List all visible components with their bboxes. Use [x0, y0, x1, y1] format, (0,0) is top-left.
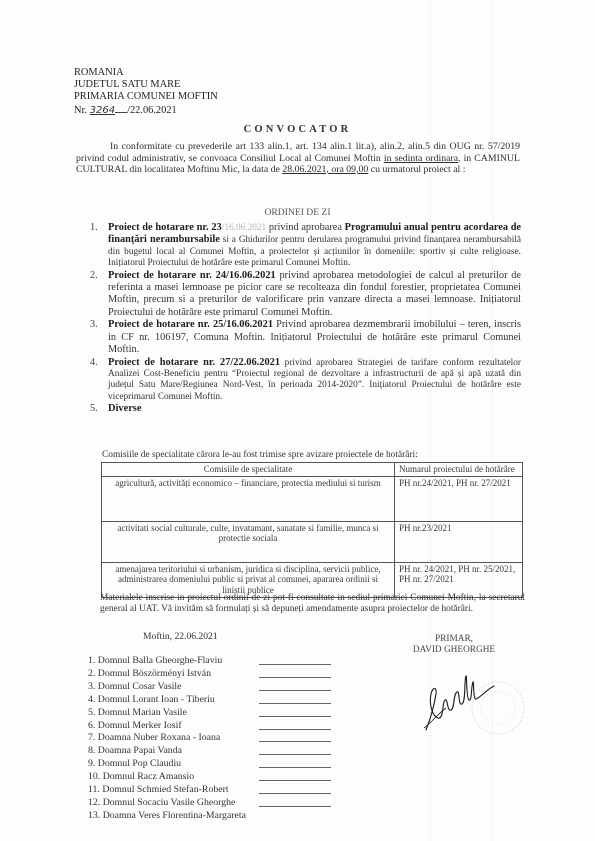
signature-line: [259, 690, 331, 691]
agenda-project-title: Proiect de hotarare nr. 27/22.06.2021: [108, 357, 280, 368]
document-header: ROMANIA JUDETUL SATU MARE PRIMARIA COMUN…: [74, 67, 218, 117]
member-item: 10. Domnul Racz Amansio: [88, 771, 246, 784]
member-item: 7. Doamna Nuber Roxana - Ioana: [88, 732, 246, 745]
number-prefix: Nr.: [74, 105, 87, 116]
member-name: 9. Domnul Pop Claudiu: [88, 758, 181, 769]
member-name: 7. Doamna Nuber Roxana - Ioana: [88, 732, 220, 743]
agenda-project-date: /16.06.2021: [222, 223, 266, 233]
agenda-item-number: 1.: [90, 222, 98, 233]
member-item: 5. Domnul Marian Vasile: [88, 707, 246, 720]
agenda-item: 4.Proiect de hotarare nr. 27/22.06.2021 …: [90, 357, 521, 403]
intro-text: cu urmatorul proiect al :: [368, 164, 465, 175]
member-name: 5. Domnul Marian Vasile: [88, 707, 187, 718]
member-item: 12. Domnul Socaciu Vasile Gheorghe: [88, 797, 246, 810]
agenda-project-title: Diverse: [108, 403, 141, 414]
signature-line: [259, 664, 331, 665]
agenda-project-title: Proiect de hotarare nr. 25/16.06.2021: [108, 319, 273, 330]
agenda-item: 1.Proiect de hotarare nr. 23/16.06.2021 …: [90, 222, 521, 269]
mayor-name: DAVID GHEORGHE: [404, 645, 504, 656]
member-name: 11. Domnul Schmied Stefan-Robert: [88, 784, 229, 795]
signature-line: [259, 716, 331, 717]
agenda-item-number: 4.: [90, 357, 98, 368]
member-name: 2. Domnul Böszörményi István: [88, 668, 211, 679]
commission-name: activitati social culturale, culte, inva…: [102, 521, 395, 562]
agenda-item-number: 2.: [90, 270, 98, 281]
member-name: 6. Domnul Merker Iosif: [88, 720, 182, 731]
mayor-block: PRIMAR, DAVID GHEORGHE: [404, 634, 504, 656]
header-institution: PRIMARIA COMUNEI MOFTIN: [74, 91, 218, 103]
member-item: 1. Domnul Balla Gheorghe-Flaviu: [88, 655, 246, 668]
project-numbers: PH nr. 24/2021, PH nr. 25/2021, PH nr. 2…: [395, 562, 523, 597]
agenda-list: 1.Proiect de hotarare nr. 23/16.06.2021 …: [90, 222, 521, 416]
signature-line: [259, 741, 331, 742]
number-underline: [115, 104, 127, 113]
agenda-text: privind aprobarea: [266, 222, 344, 233]
signature-line: [259, 780, 331, 781]
table-row: amenajarea teritoriului si urbanism, jur…: [102, 562, 523, 597]
member-name: 10. Domnul Racz Amansio: [88, 771, 194, 782]
official-stamp-icon: [470, 668, 526, 750]
number-date: /22.06.2021: [127, 105, 177, 116]
place-and-date: Moftin, 22.06.2021: [143, 631, 218, 642]
member-name: 13. Doamna Veres Florentina-Margareta: [88, 810, 246, 821]
agenda-item: 3.Proiect de hotarare nr. 25/16.06.2021 …: [90, 319, 521, 356]
commissions-caption: Comisiile de specialitate cărora le-au f…: [102, 450, 418, 460]
table-row: activitati social culturale, culte, inva…: [102, 521, 523, 562]
member-item: 8. Doamna Papai Vanda: [88, 745, 246, 758]
document-title: CONVOCATOR: [0, 124, 595, 135]
commission-name: amenajarea teritoriului si urbanism, jur…: [102, 562, 395, 597]
signature-line: [259, 806, 331, 807]
signature-line: [259, 677, 331, 678]
agenda-project-title: Proiect de hotarare nr. 24/16.06.2021: [108, 270, 276, 281]
agenda-item: 5.Diverse: [90, 403, 521, 415]
table-header-row: Comisiile de specialitate Numarul proiec…: [102, 463, 523, 477]
signature-line: [259, 767, 331, 768]
agenda-title: ORDINEI DE ZI: [0, 207, 595, 218]
signature-line: [259, 729, 331, 730]
agenda-project-title: Proiect de hotarare nr. 23: [108, 222, 222, 233]
materials-paragraph: Materialele inscrise in proiectul ordini…: [100, 593, 525, 615]
header-country: ROMANIA: [74, 67, 218, 79]
member-item: 11. Domnul Schmied Stefan-Robert: [88, 784, 246, 797]
member-name: 3. Domnul Cosar Vasile: [88, 681, 181, 692]
signature-line: [259, 703, 331, 704]
table-row: agricultură, activități economico – fina…: [102, 476, 523, 521]
column-header-project-number: Numarul proiectului de hotărâre: [395, 463, 523, 477]
member-name: 1. Domnul Balla Gheorghe-Flaviu: [88, 655, 222, 666]
session-type: in sedinta ordinara: [384, 153, 458, 164]
agenda-item: 2.Proiect de hotarare nr. 24/16.06.2021 …: [90, 270, 521, 319]
commission-name: agricultură, activități economico – fina…: [102, 476, 395, 521]
member-item: 6. Domnul Merker Iosif: [88, 720, 246, 733]
agenda-item-number: 5.: [90, 403, 98, 414]
handwritten-number: 3264: [90, 105, 115, 116]
agenda-item-number: 3.: [90, 319, 98, 330]
column-header-commission: Comisiile de specialitate: [102, 463, 395, 477]
member-item: 4. Domnul Lorant Ioan - Tiberiu: [88, 694, 246, 707]
member-name: 4. Domnul Lorant Ioan - Tiberiu: [88, 694, 215, 705]
mayor-title: PRIMAR,: [404, 634, 504, 645]
project-numbers: PH nr.24/2021, PH nr. 27/2021: [395, 476, 523, 521]
member-item: 13. Doamna Veres Florentina-Margareta: [88, 810, 246, 823]
project-numbers: PH nr.23/2021: [395, 521, 523, 562]
member-item: 9. Domnul Pop Claudiu: [88, 758, 246, 771]
member-name: 12. Domnul Socaciu Vasile Gheorghe: [88, 797, 235, 808]
council-members-list: 1. Domnul Balla Gheorghe-Flaviu 2. Domnu…: [88, 655, 246, 823]
signature-line: [259, 754, 331, 755]
signature-line: [259, 793, 331, 794]
commissions-table: Comisiile de specialitate Numarul proiec…: [101, 462, 523, 598]
member-name: 8. Doamna Papai Vanda: [88, 745, 182, 756]
header-county: JUDETUL SATU MARE: [74, 79, 218, 91]
intro-paragraph: In conformitate cu prevederile art 133 a…: [76, 141, 520, 176]
member-item: 3. Domnul Cosar Vasile: [88, 681, 246, 694]
member-item: 2. Domnul Böszörményi István: [88, 668, 246, 681]
header-registration-number: Nr. 3264/22.06.2021: [74, 104, 218, 117]
meeting-date-time: 28.06.2021, ora 09,00: [282, 164, 368, 175]
